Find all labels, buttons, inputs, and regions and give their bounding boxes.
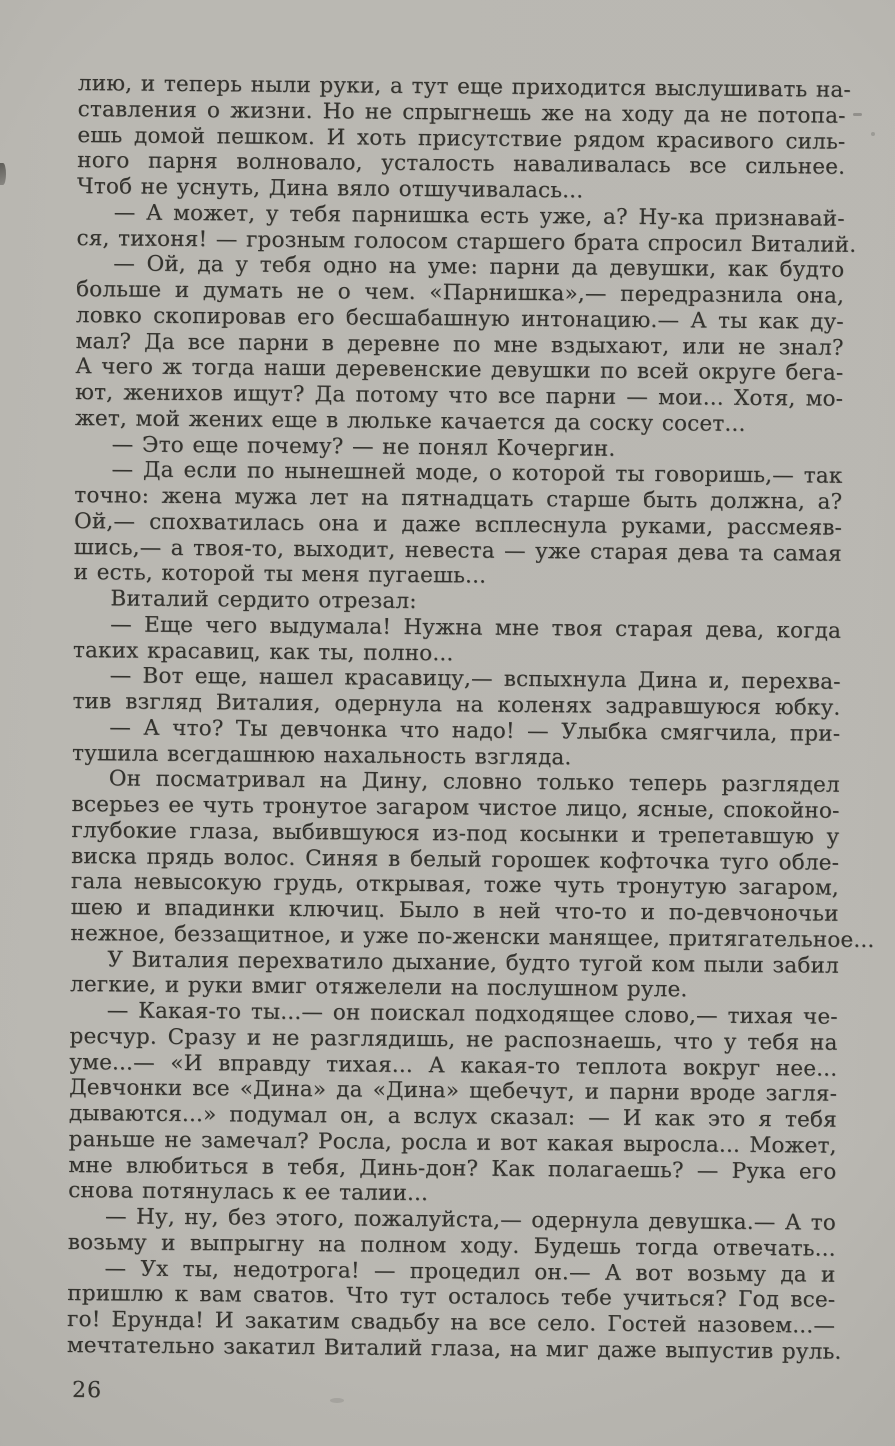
paragraph: — Вот еще, нашел красавицу,— вспыхнула Д… <box>72 663 840 721</box>
paragraph: — Ух ты, недотрога! — процедил он.— А во… <box>67 1255 836 1365</box>
paragraph: — Еще чего выдумала! Нужна мне твоя стар… <box>73 612 841 670</box>
scan-speck-right-dot <box>871 132 875 136</box>
paragraph: Он посматривал на Дину, словно только те… <box>70 766 840 953</box>
paragraph: — Ой, да у тебя одно на уме: парни да де… <box>75 251 845 438</box>
scan-speck-bottom <box>330 1398 344 1403</box>
paragraph: — Да если по нынешней моде, о которой ты… <box>74 457 843 592</box>
paragraph: — Какая-то ты...— он поискал подходящее … <box>68 998 838 1211</box>
scan-speck-left-edge <box>0 163 6 185</box>
scan-speck-right-dash <box>853 113 862 116</box>
paragraph: — Ну, ну, без этого, пожалуйста,— одерну… <box>68 1204 836 1262</box>
paragraph: — А может, у тебя парнишка есть уже, а? … <box>76 200 844 258</box>
page-text-block: лию, и теперь ныли руки, а тут еще прихо… <box>67 71 846 1365</box>
paragraph: лию, и теперь ныли руки, а тут еще прихо… <box>77 71 846 206</box>
scanned-book-page: лию, и теперь ныли руки, а тут еще прихо… <box>0 0 895 1446</box>
paragraph: У Виталия перехватило дыхание, будто туг… <box>70 946 838 1004</box>
paragraph: — А что? Ты девчонка что надо! — Улыбка … <box>72 715 840 773</box>
page-number: 26 <box>72 1378 102 1404</box>
